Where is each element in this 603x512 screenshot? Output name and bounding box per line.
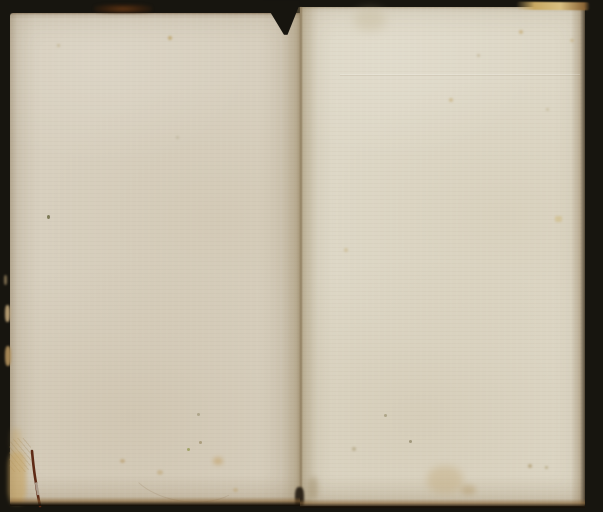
fore-edge-top-right xyxy=(516,2,590,11)
ink-mark-stroke xyxy=(32,451,40,506)
book-scan xyxy=(0,0,603,512)
top-edge-burn-mark xyxy=(94,4,152,13)
right-page xyxy=(300,7,585,506)
page-edge-sliver xyxy=(4,275,7,285)
gutter-bottom-notch xyxy=(295,487,304,506)
left-page xyxy=(10,13,300,505)
ink-mark xyxy=(26,446,46,512)
